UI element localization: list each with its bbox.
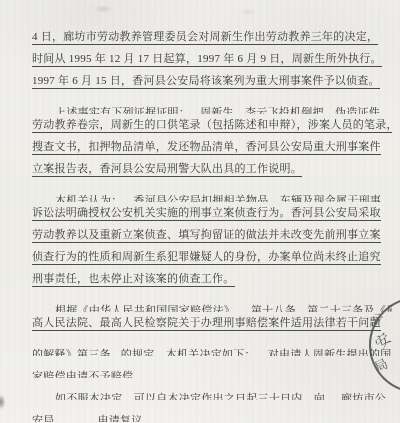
text-segment: 。 bbox=[159, 371, 170, 378]
text-line: 的解释》第三条 的规定，本机关决定如下： 对申请人周新生提出的国 bbox=[32, 334, 392, 356]
text-line: 劳动教养以及重新立案侦查、填写拘留证的做法并未改变先前刑事立案 bbox=[32, 224, 392, 246]
text-segment: 第十八条、第二十三条及《最 bbox=[251, 305, 392, 312]
text-segment: 时间从 1995 年 12 月 17 日起算，1997 年 6 月 9 日，周新… bbox=[32, 53, 382, 67]
blank-underline-field bbox=[325, 378, 341, 400]
text-line: 1997 年 6 月 15 日，香河县公安局将该案列为重大刑事案件予以侦查。 bbox=[32, 70, 392, 92]
text-segment: 劳动教养以及重新立案侦查、填写拘留证的做法并未改变先前刑事立案 bbox=[32, 229, 381, 243]
text-segment: 对申请人周新生提出的国 bbox=[268, 349, 392, 356]
document-body: 4 日，廊坊市劳动教养管理委员会对周新生作出劳动教养三年的决定，时间从 1995… bbox=[32, 26, 392, 422]
text-line: 如不服本决定，可以自本决定作出之日起三十日内，向 廊坊市公 bbox=[32, 378, 392, 400]
scanned-document-page: 4 日，廊坊市劳动教养管理委员会对周新生作出劳动教养三年的决定，时间从 1995… bbox=[0, 0, 400, 423]
blank-underline-field bbox=[123, 180, 134, 202]
text-segment: 侦查行为的性质和周新生系犯罪嫌疑人的身份，办案单位尚未终止追究 bbox=[32, 251, 381, 265]
text-segment: 家赔偿申请不予赔偿 bbox=[32, 371, 133, 378]
text-segment: 刑事责任，也未停止对该案的侦查工作。 bbox=[32, 273, 235, 287]
text-line: 劳动教养卷宗，周新生的口供笔录（包括陈述和申辩），涉案人员的笔录， bbox=[32, 114, 392, 136]
blank-underline-field bbox=[190, 92, 200, 114]
text-segment: 1997 年 6 月 15 日，香河县公安局将该案列为重大刑事案件予以侦查。 bbox=[32, 75, 380, 89]
text-line: 侦查行为的性质和周新生系犯罪嫌疑人的身份，办案单位尚未终止追究 bbox=[32, 246, 392, 268]
text-segment: 如不服本决定，可以自本决定作出之日起三十日内，向 bbox=[55, 393, 325, 400]
text-segment: 高人民法院、最高人民检察院关于办理刑事赔偿案件适用法律若干问题 bbox=[32, 317, 381, 331]
text-line: 4 日，廊坊市劳动教养管理委员会对周新生作出劳动教养三年的决定， bbox=[32, 26, 392, 48]
text-segment: 搜查文书，扣押物品清单，发还物品清单，香河县公安局重大刑事案件 bbox=[32, 141, 381, 155]
text-segment: 本机关认为： bbox=[55, 195, 123, 202]
text-segment: 申请复议， bbox=[98, 415, 154, 422]
text-line: 刑事责任，也未停止对该案的侦查工作。 bbox=[32, 268, 392, 290]
text-line: 搜查文书，扣押物品清单，发还物品清单，香河县公安局重大刑事案件 bbox=[32, 136, 392, 158]
blank-underline-field bbox=[256, 334, 268, 356]
text-segment: 根据《中华人民共和国国家赔偿法》 bbox=[55, 305, 235, 312]
text-segment: 安局 bbox=[32, 415, 55, 422]
text-segment: 周新生、李云飞投机倒把、伪造证件 bbox=[200, 107, 380, 114]
text-line: 根据《中华人民共和国国家赔偿法》 第十八条、第二十三条及《最 bbox=[32, 290, 392, 312]
text-segment: 的解释》第三条 bbox=[32, 349, 111, 356]
text-line: 高人民法院、最高人民检察院关于办理刑事赔偿案件适用法律若干问题 bbox=[32, 312, 392, 334]
text-segment: 的规定，本机关决定如下： bbox=[121, 349, 256, 356]
text-line: 家赔偿申请不予赔偿 。 bbox=[32, 356, 392, 378]
text-segment: 香河县公安局扣押相关物品、车辆及现金属于刑事 bbox=[134, 195, 382, 202]
text-segment: 立案报告表，香河县公安局刑警大队出具的工作说明。 bbox=[32, 163, 302, 177]
text-segment: 4 日，廊坊市劳动教养管理委员会对周新生作出劳动教养三年的决定， bbox=[32, 31, 378, 45]
text-segment: 上述事实有下列证据证明： bbox=[55, 107, 190, 114]
text-segment: 劳动教养卷宗，周新生的口供笔录（包括陈述和申辩），涉案人员的笔录， bbox=[32, 119, 392, 133]
text-line: 立案报告表，香河县公安局刑警大队出具的工作说明。 bbox=[32, 158, 392, 180]
text-line: 安局 申请复议， bbox=[32, 400, 392, 422]
text-segment: 廊坊市公 bbox=[341, 393, 386, 400]
blank-underline-field bbox=[241, 290, 251, 312]
text-line: 时间从 1995 年 12 月 17 日起算，1997 年 6 月 9 日，周新… bbox=[32, 48, 392, 70]
text-line: 诉讼法明确授权公安机关实施的刑事立案侦查行为。香河县公安局采取 bbox=[32, 202, 392, 224]
text-line: 本机关认为： 香河县公安局扣押相关物品、车辆及现金属于刑事 bbox=[32, 180, 392, 202]
blank-underline-field bbox=[55, 400, 93, 422]
text-segment: 诉讼法明确授权公安机关实施的刑事立案侦查行为。香河县公安局采取 bbox=[32, 207, 381, 221]
blank-underline-field bbox=[133, 356, 159, 378]
text-line: 上述事实有下列证据证明： 周新生、李云飞投机倒把、伪造证件 bbox=[32, 92, 392, 114]
